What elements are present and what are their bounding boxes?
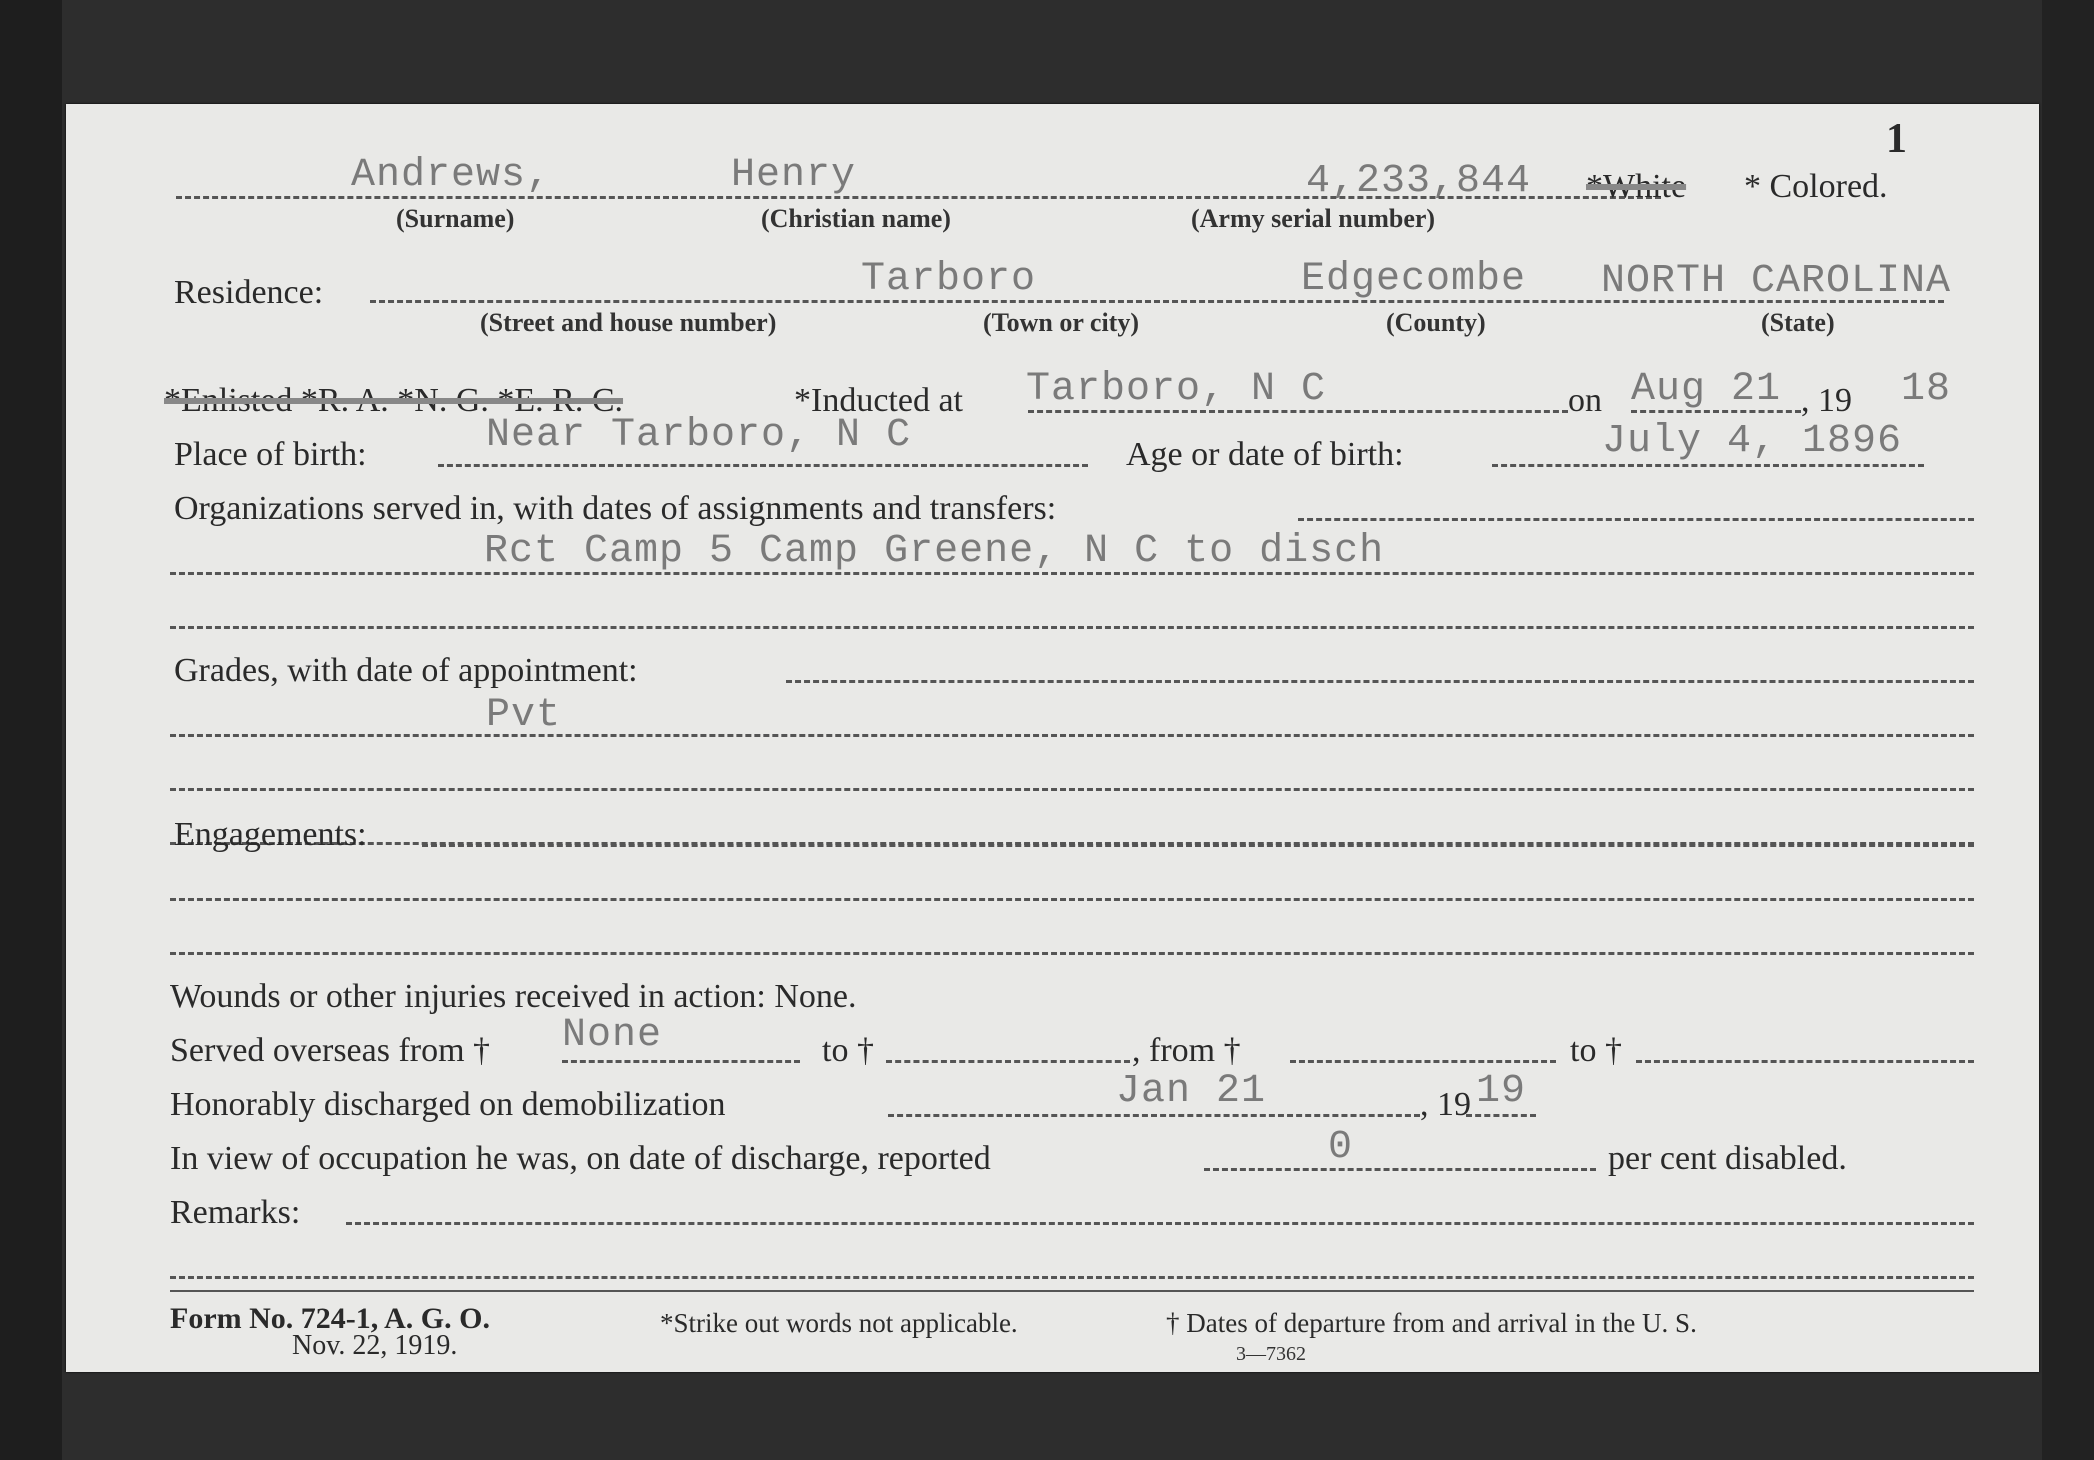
overseas-from2-label: , from †: [1132, 1034, 1241, 1068]
card-number: 1: [1886, 118, 1907, 160]
strike-note: *Strike out words not applicable.: [660, 1310, 1018, 1337]
county-value: Edgecombe: [1301, 260, 1526, 300]
overseas-from-line: [562, 1060, 800, 1063]
remarks-line-2: [170, 1276, 1974, 1279]
on-label: on: [1568, 384, 1602, 418]
overseas-label: Served overseas from †: [170, 1034, 490, 1068]
dates-note: † Dates of departure from and arrival in…: [1166, 1310, 1697, 1337]
form-date: Nov. 22, 1919.: [292, 1332, 457, 1360]
discharge-year-value: 19: [1476, 1072, 1526, 1112]
engagements-line-3: [170, 952, 1974, 955]
place-of-birth-line: [438, 464, 1088, 467]
disability-line: [1204, 1168, 1596, 1171]
date-of-birth-label: Age or date of birth:: [1126, 438, 1404, 472]
engagements-line-1: [422, 844, 1974, 847]
discharge-date-value: Jan 21: [1116, 1072, 1266, 1112]
discharge-year-line: [1466, 1114, 1536, 1117]
remarks-label: Remarks:: [170, 1196, 300, 1230]
disability-value: 0: [1328, 1128, 1353, 1168]
surname-value: Andrews,: [351, 156, 551, 196]
town-value: Tarboro: [861, 260, 1036, 300]
background-left: [0, 0, 62, 1460]
overseas-to-label: to †: [822, 1034, 874, 1068]
grades-label: Grades, with date of appointment:: [174, 654, 638, 688]
print-code: 3—7362: [1236, 1344, 1306, 1364]
christian-name-caption: (Christian name): [761, 206, 951, 232]
engagements-label: Engagements:: [174, 818, 367, 852]
service-record-card: 1 Andrews, Henry 4,233,844 *White * Colo…: [66, 104, 2039, 1372]
organizations-value: Rct Camp 5 Camp Greene, N C to disch: [484, 532, 1384, 572]
colored-option: * Colored.: [1744, 170, 1888, 204]
overseas-to2-line: [1636, 1060, 1974, 1063]
engagements-line-2: [170, 898, 1974, 901]
overseas-from2-line: [1290, 1060, 1556, 1063]
background-right: [2042, 0, 2094, 1460]
induction-year-value: 18: [1901, 370, 1951, 410]
discharge-date-line: [888, 1114, 1420, 1117]
grades-line-3: [170, 788, 1974, 791]
serial-number-caption: (Army serial number): [1191, 206, 1435, 232]
overseas-to2-label: to †: [1570, 1034, 1622, 1068]
disability-label: In view of occupation he was, on date of…: [170, 1142, 991, 1176]
disability-suffix: per cent disabled.: [1608, 1142, 1847, 1176]
wounds-label: Wounds or other injuries received in act…: [170, 980, 857, 1014]
discharge-year-prefix: , 19: [1420, 1088, 1471, 1122]
white-option: *White: [1586, 170, 1686, 204]
residence-label: Residence:: [174, 276, 323, 310]
residence-line: [370, 300, 1944, 303]
remarks-line-1: [346, 1222, 1974, 1225]
town-caption: (Town or city): [983, 310, 1139, 336]
organizations-line-1: [1298, 518, 1974, 521]
overseas-from-value: None: [562, 1016, 662, 1056]
overseas-to-line: [886, 1060, 1130, 1063]
state-caption: (State): [1761, 310, 1835, 336]
grades-value: Pvt: [486, 696, 561, 736]
organizations-line-2: [170, 572, 1974, 575]
place-of-birth-label: Place of birth:: [174, 438, 367, 472]
inducted-place-line: [1028, 410, 1568, 413]
induction-date-line: [1631, 410, 1801, 413]
place-of-birth-value: Near Tarboro, N C: [486, 416, 911, 456]
name-line: [176, 196, 1661, 199]
induction-year-prefix: , 19: [1801, 384, 1852, 418]
grades-line-2: [170, 734, 1974, 737]
surname-caption: (Surname): [396, 206, 514, 232]
state-value: NORTH CAROLINA: [1601, 262, 1951, 302]
street-caption: (Street and house number): [480, 310, 776, 336]
organizations-label: Organizations served in, with dates of a…: [174, 492, 1056, 526]
grades-line-1: [786, 680, 1974, 683]
footer-rule: [170, 1290, 1974, 1292]
organizations-line-3: [170, 626, 1974, 629]
inducted-place-value: Tarboro, N C: [1026, 370, 1326, 410]
county-caption: (County): [1386, 310, 1486, 336]
date-of-birth-value: July 4, 1896: [1602, 422, 1902, 462]
christian-name-value: Henry: [731, 156, 856, 196]
discharge-label: Honorably discharged on demobilization: [170, 1088, 726, 1122]
date-of-birth-line: [1492, 464, 1924, 467]
induction-date-value: Aug 21: [1631, 370, 1781, 410]
